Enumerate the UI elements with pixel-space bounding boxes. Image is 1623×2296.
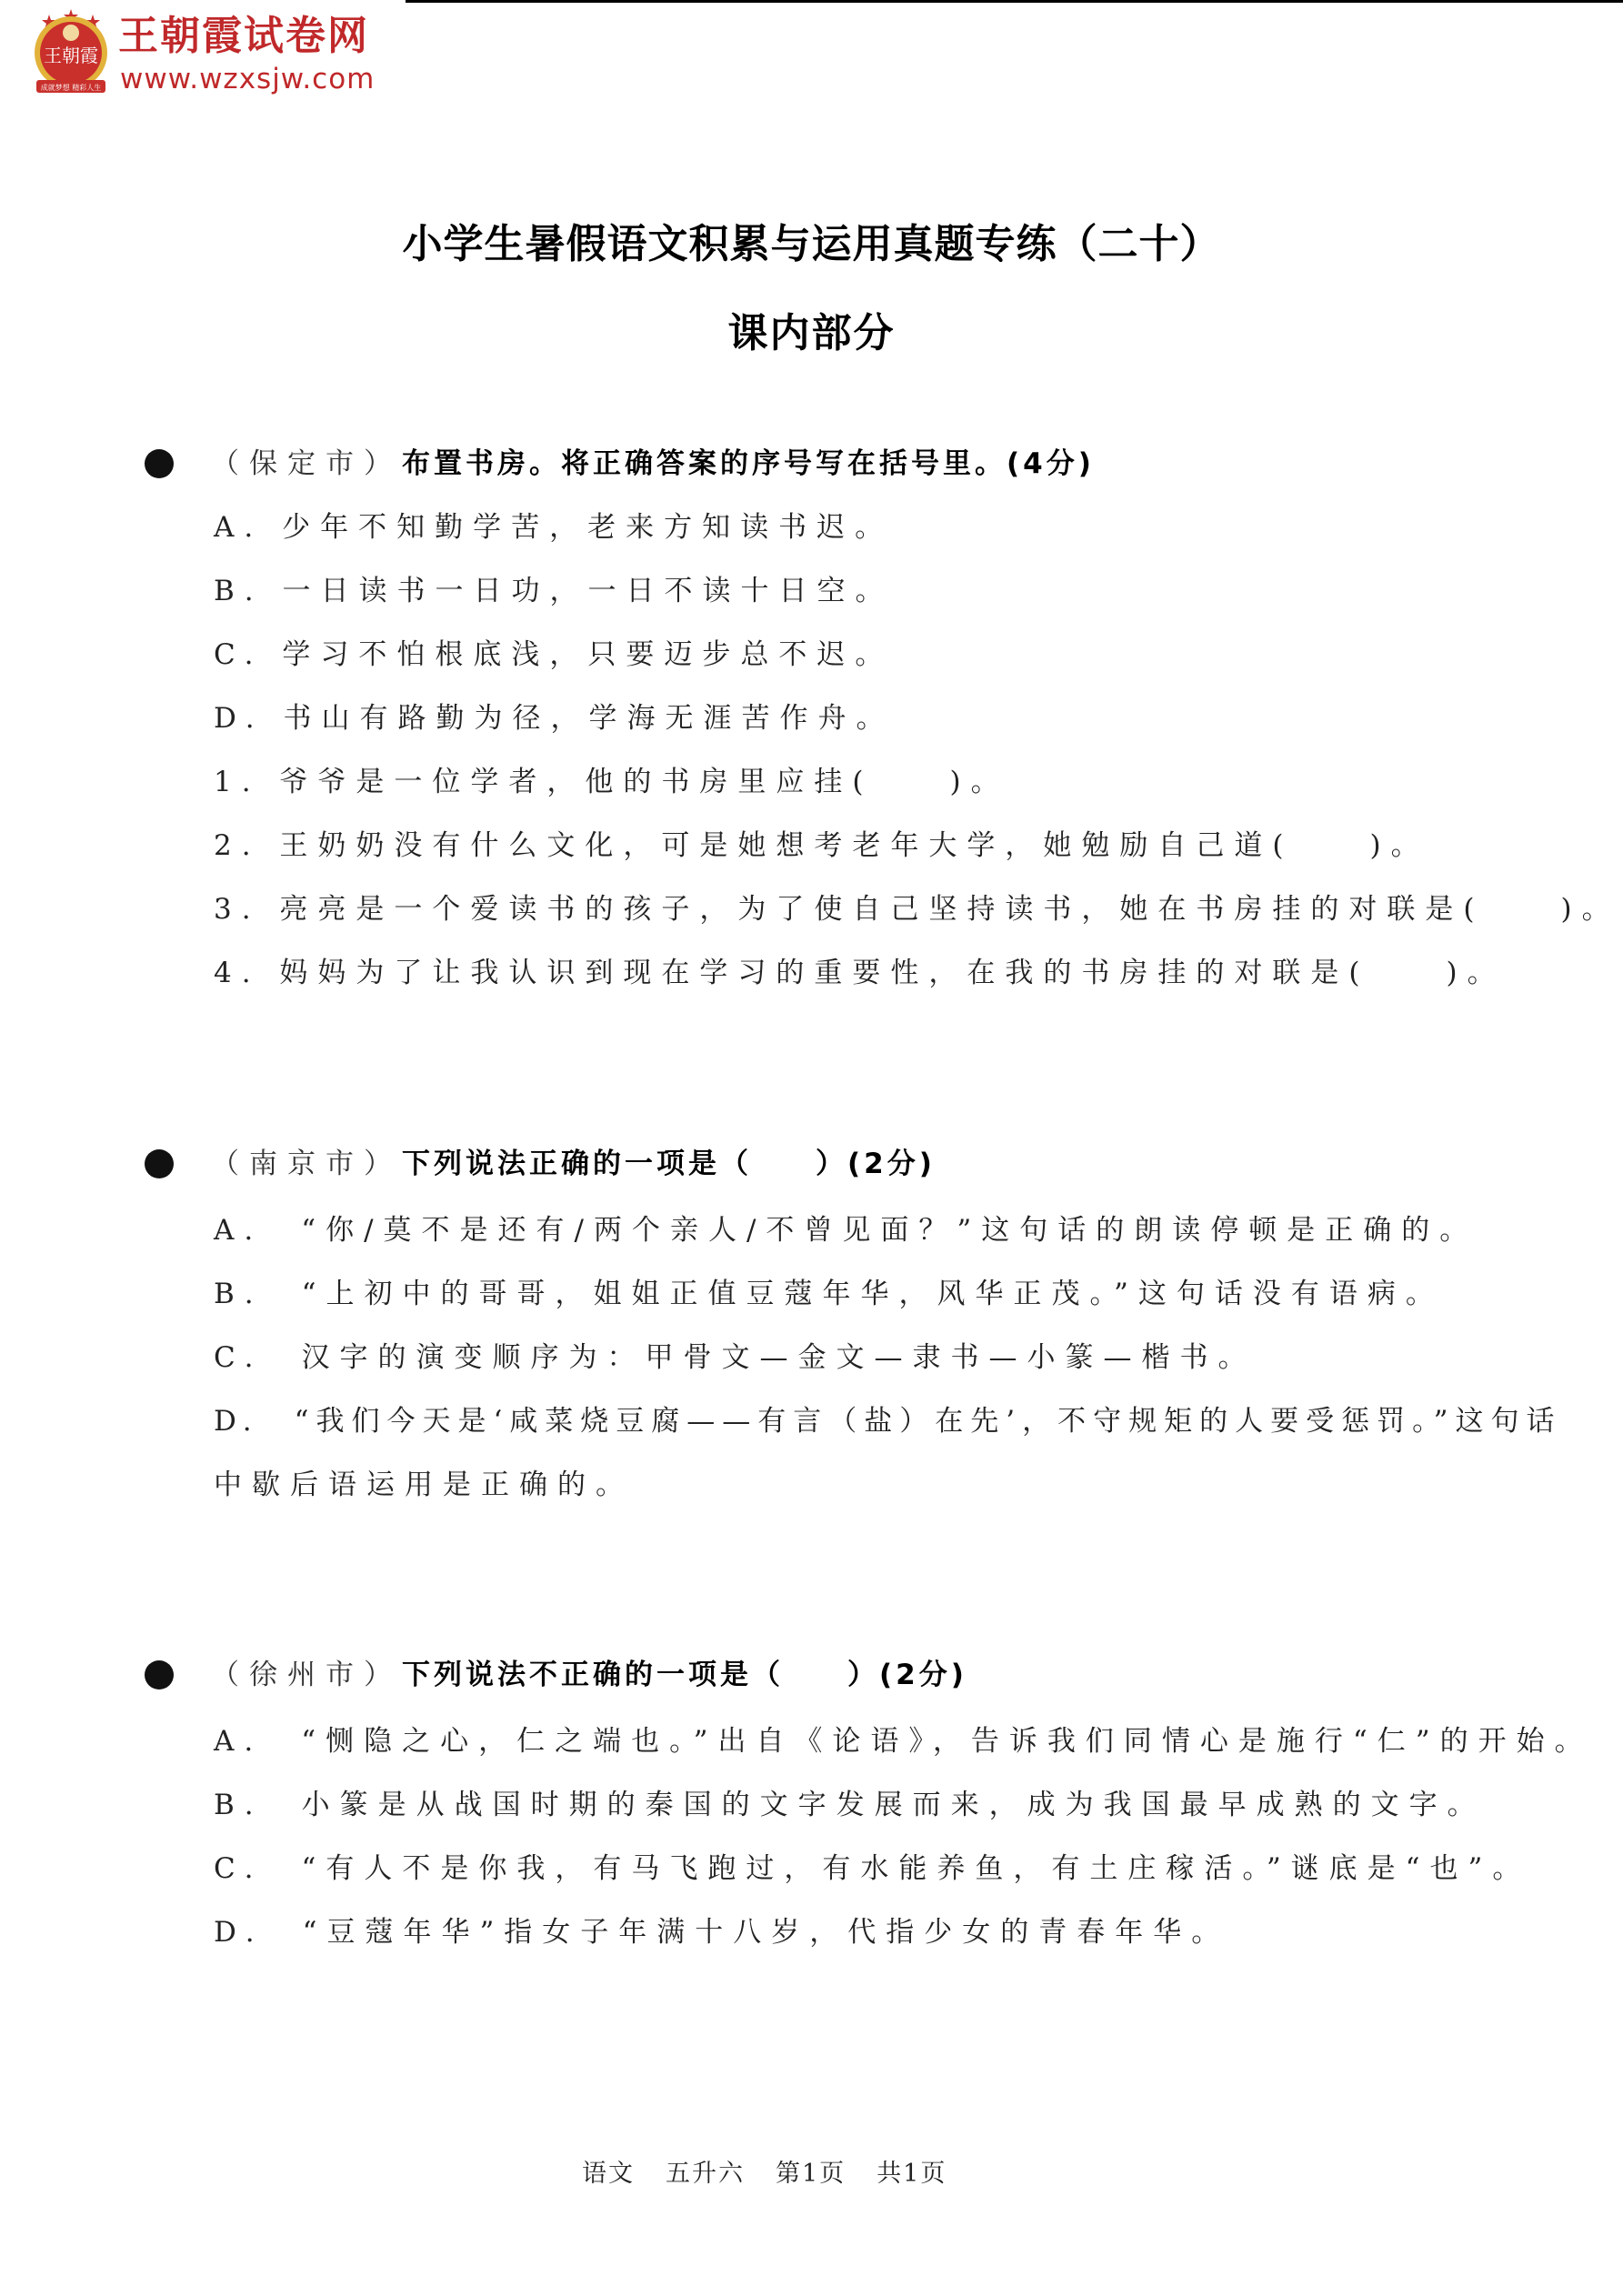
page-footer: 语文五升六第1页共1页 xyxy=(582,2153,977,2189)
question-bullet xyxy=(145,1149,174,1178)
option-line: C. 学习不怕根底浅，只要迈步总不迟。 xyxy=(214,637,893,673)
brand-name: 王朝霞试卷网 xyxy=(118,13,369,60)
footer-total: 共1页 xyxy=(877,2160,947,2188)
question-bullet xyxy=(145,1660,174,1689)
option-line: D. 书山有路勤为径，学海无涯苦作舟。 xyxy=(214,700,894,737)
svg-text:王朝霞: 王朝霞 xyxy=(44,45,98,66)
option-line-continuation: 中歇后语运用是正确的。 xyxy=(214,1467,634,1503)
question-stem: 布置书房。将正确答案的序号写在括号里。(4分) xyxy=(402,447,1095,480)
option-line: B. 小篆是从战国时期的秦国的文字发展而来，成为我国最早成熟的文字。 xyxy=(214,1787,1486,1823)
question-bullet xyxy=(145,449,174,478)
sub-question-line: 2. 王奶奶没有什么文化，可是她想考老年大学，她勉励自己道( )。 xyxy=(214,827,1429,864)
question-stem: 下列说法正确的一项是（ ）(2分) xyxy=(402,1148,936,1180)
option-line: C. “有人不是你我，有马飞跑过，有水能养鱼，有土庄稼活。”谜底是“也”。 xyxy=(214,1850,1530,1887)
document-title: 小学生暑假语文积累与运用真题专练（二十） xyxy=(0,211,1623,269)
svg-text:成就梦想 精彩人生: 成就梦想 精彩人生 xyxy=(41,83,102,92)
sub-question-line: 3. 亮亮是一个爱读书的孩子，为了使自己坚持读书，她在书房挂的对联是( )。 xyxy=(214,891,1620,927)
document-subtitle: 课内部分 xyxy=(0,300,1623,358)
question-header: （保定市）布置书房。将正确答案的序号写在括号里。(4分) xyxy=(211,446,1095,482)
question-header: （徐州市）下列说法不正确的一项是（ ）(2分) xyxy=(211,1657,967,1693)
question-region: （保定市） xyxy=(211,447,402,480)
option-line: A. 少年不知勤学苦，老来方知读书迟。 xyxy=(214,509,893,546)
question-region: （徐州市） xyxy=(211,1659,402,1691)
option-line: A. “恻隐之心，仁之端也。”出自《论语》，告诉我们同情心是施行“仁”的开始。 xyxy=(214,1723,1593,1760)
option-line: D. “我们今天是‘咸菜烧豆腐——有言（盐）在先’，不守规矩的人要受惩罚。”这句… xyxy=(214,1403,1562,1439)
question-region: （南京市） xyxy=(211,1148,402,1180)
option-line: C. 汉字的演变顺序为：甲骨文—金文—隶书—小篆—楷书。 xyxy=(214,1339,1256,1376)
footer-grade: 五升六 xyxy=(666,2160,745,2188)
footer-subject: 语文 xyxy=(582,2160,635,2188)
footer-page: 第1页 xyxy=(776,2160,846,2188)
wang-zhaoxia-badge-icon: 王朝霞 成就梦想 精彩人生 xyxy=(29,7,113,98)
sub-question-line: 1. 爷爷是一位学者，他的书房里应挂( )。 xyxy=(214,764,1009,800)
option-line: B. “上初中的哥哥，姐姐正值豆蔻年华，风华正茂。”这句话没有语病。 xyxy=(214,1276,1444,1312)
header-rule xyxy=(406,0,1623,3)
option-line: A. “你/莫不是还有/两个亲人/不曾见面？”这句话的朗读停顿是正确的。 xyxy=(214,1212,1478,1248)
question-header: （南京市）下列说法正确的一项是（ ）(2分) xyxy=(211,1146,936,1182)
brand-url[interactable]: www.wzxsjw.com xyxy=(120,64,375,95)
option-line: D. “豆蔻年华”指女子年满十八岁，代指少女的青春年华。 xyxy=(214,1914,1229,1950)
option-line: B. 一日读书一日功，一日不读十日空。 xyxy=(214,573,894,609)
question-stem: 下列说法不正确的一项是（ ）(2分) xyxy=(402,1659,967,1691)
sub-question-line: 4. 妈妈为了让我认识到现在学习的重要性，在我的书房挂的对联是( )。 xyxy=(214,955,1506,991)
